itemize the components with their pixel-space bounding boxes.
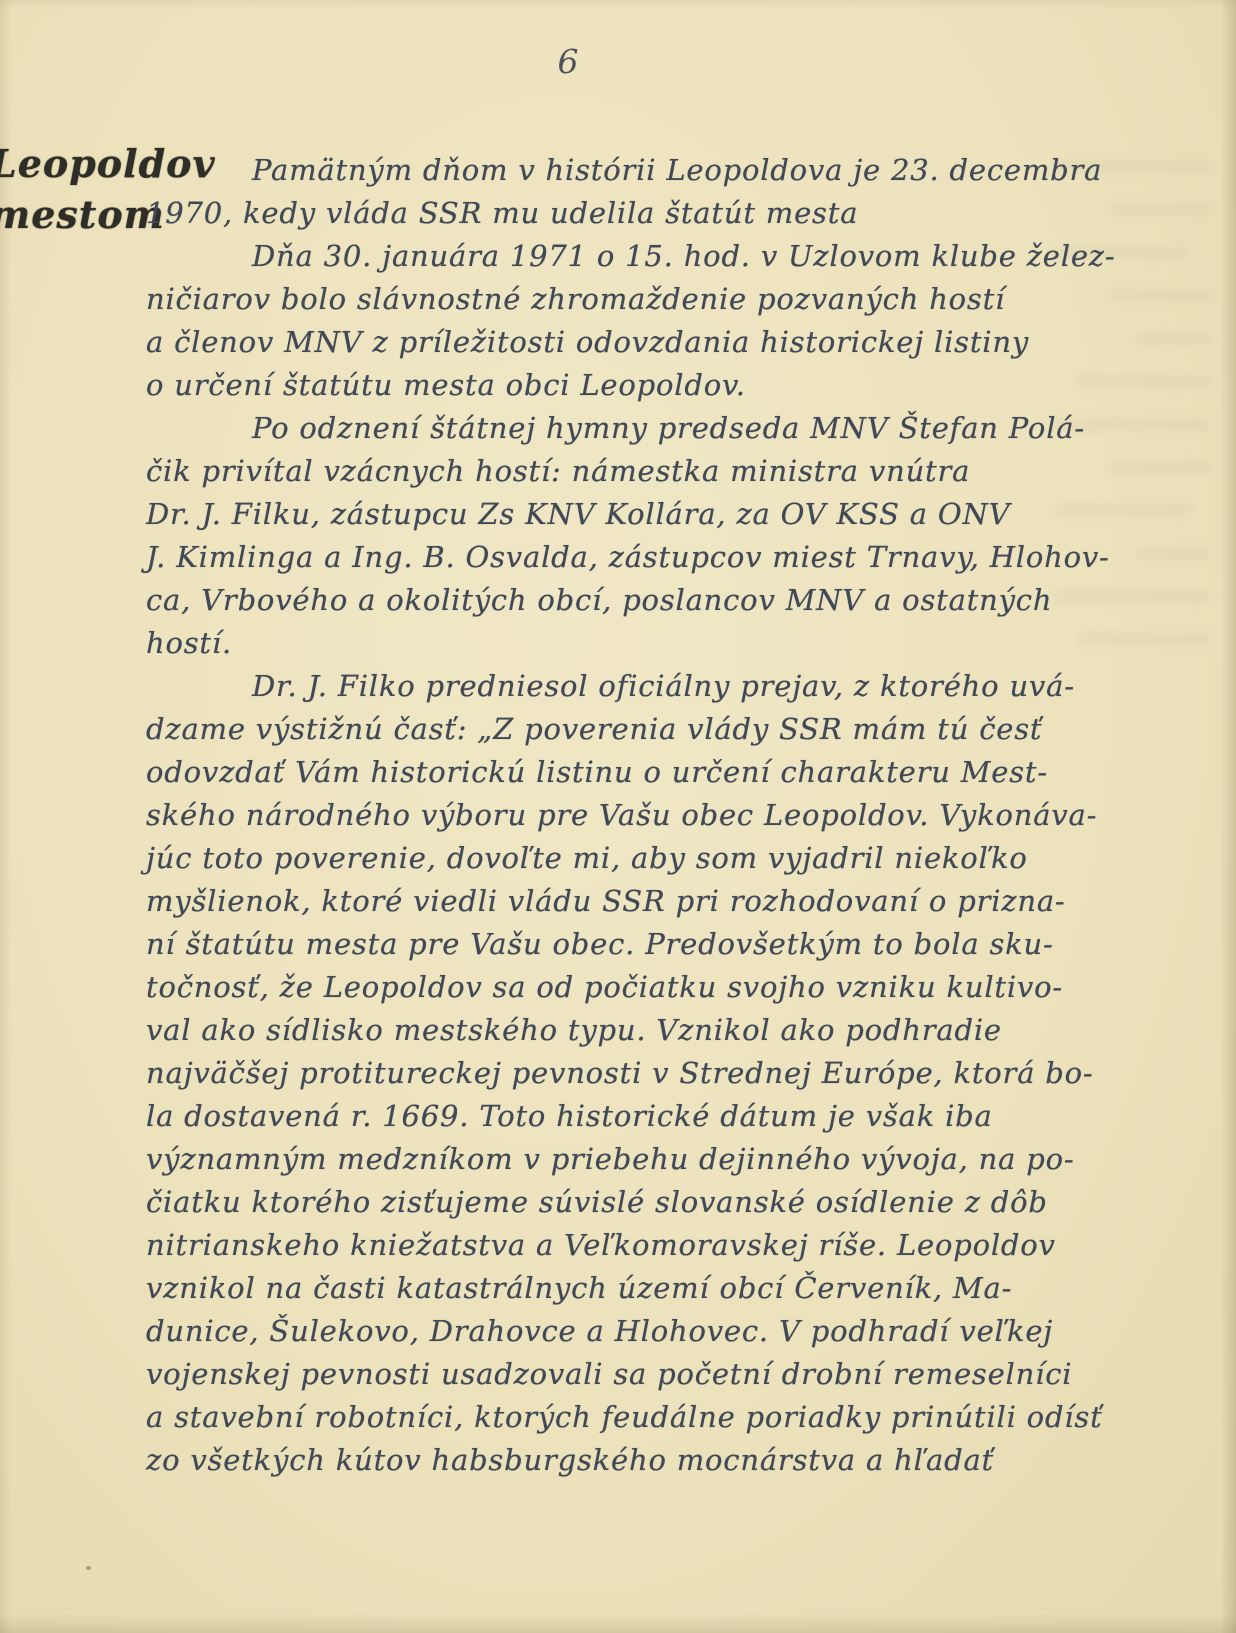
handwritten-line: Dr. J. Filku, zástupcu Zs KNV Kollára, z… [146, 493, 1176, 536]
handwritten-line: júc toto poverenie, dovoľte mi, aby som … [146, 837, 1176, 880]
handwritten-line: dzame výstižnú časť: „Z poverenia vlády … [146, 708, 1176, 751]
handwritten-line: Dr. J. Filko predniesol oficiálny prejav… [146, 665, 1176, 708]
handwritten-line: ského národného výboru pre Vašu obec Leo… [146, 794, 1176, 837]
handwritten-line: myšlienok, ktoré viedli vládu SSR pri ro… [146, 880, 1176, 923]
page-number: 6 [528, 42, 608, 81]
handwritten-line: ca, Vrbového a okolitých obcí, poslancov… [146, 579, 1176, 622]
handwritten-line: ničiarov bolo slávnostné zhromaždenie po… [146, 278, 1176, 321]
handwritten-line: Dňa 30. januára 1971 o 15. hod. v Uzlovo… [146, 235, 1176, 278]
handwritten-line: čik privítal vzácnych hostí: námestka mi… [146, 450, 1176, 493]
handwritten-line: vojenskej pevnosti usadzovali sa početní… [146, 1353, 1176, 1396]
paper-speck [86, 1566, 91, 1570]
handwritten-line: ní štatútu mesta pre Vašu obec. Predovše… [146, 923, 1176, 966]
handwritten-line: la dostavená r. 1669. Toto historické dá… [146, 1095, 1176, 1138]
handwritten-line: nitrianskeho kniežatstva a Veľkomoravske… [146, 1224, 1176, 1267]
handwritten-line: čiatku ktorého zisťujeme súvislé slovans… [146, 1181, 1176, 1224]
handwritten-line: Pamätným dňom v histórii Leopoldova je 2… [146, 149, 1176, 192]
handwritten-line: hostí. [146, 622, 1176, 665]
handwritten-line: a členov MNV z príležitosti odovzdania h… [146, 321, 1176, 364]
handwritten-line: dunice, Šulekovo, Drahovce a Hlohovec. V… [146, 1310, 1176, 1353]
handwritten-line: 1970, kedy vláda SSR mu udelila štatút m… [146, 192, 1176, 235]
handwritten-line: odovzdať Vám historickú listinu o určení… [146, 751, 1176, 794]
handwritten-line: o určení štatútu mesta obci Leopoldov. [146, 364, 1176, 407]
handwritten-line: točnosť, že Leopoldov sa od počiatku svo… [146, 966, 1176, 1009]
handwritten-line: J. Kimlinga a Ing. B. Osvalda, zástupcov… [146, 536, 1176, 579]
handwritten-line: Po odznení štátnej hymny predseda MNV Št… [146, 407, 1176, 450]
handwritten-line: významným medzníkom v priebehu dejinného… [146, 1138, 1176, 1181]
handwritten-line: val ako sídlisko mestského typu. Vznikol… [146, 1009, 1176, 1052]
body-text: Pamätným dňom v histórii Leopoldova je 2… [146, 149, 1176, 1482]
handwritten-line: vznikol na časti katastrálnych území obc… [146, 1267, 1176, 1310]
handwritten-line: a stavební robotníci, ktorých feudálne p… [146, 1396, 1176, 1439]
handwritten-line: zo všetkých kútov habsburgského mocnárst… [146, 1439, 1176, 1482]
handwritten-line: najväčšej protitureckej pevnosti v Stred… [146, 1052, 1176, 1095]
chronicle-page: { "page": { "number": "6", "margin_note"… [0, 0, 1236, 1633]
